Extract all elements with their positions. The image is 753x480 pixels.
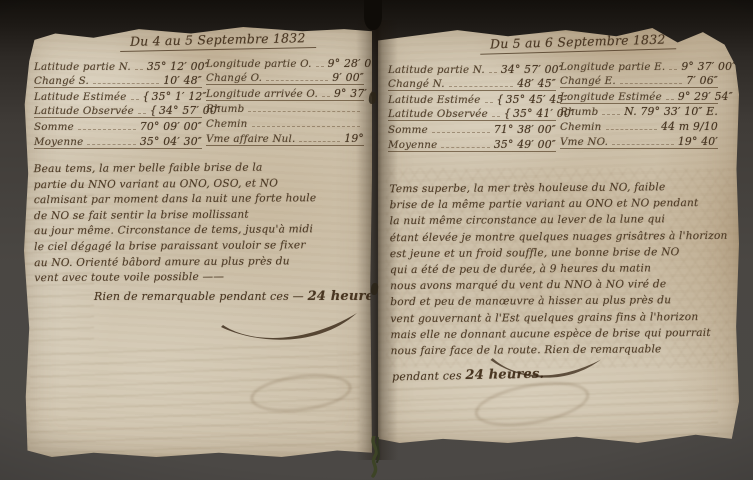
dash-leader <box>252 126 361 127</box>
dash-leader <box>602 114 620 115</box>
row-value: 34° 57′ 00″ <box>501 63 563 76</box>
binding-stitch <box>368 92 377 105</box>
row-value: 19° <box>344 132 364 145</box>
row-label: Somme <box>34 121 74 133</box>
table-row: Moyenne35° 04′ 30″ <box>34 133 202 149</box>
dash-leader <box>612 144 674 145</box>
row-value: 35° 12′ 00″ <box>147 60 209 73</box>
binding-thread <box>358 436 394 480</box>
table-row: Longitude Estimée9° 29′ 54″ <box>560 88 718 104</box>
left-page-closing-line: Rien de remarquable pendant ces — 24 heu… <box>94 289 382 304</box>
dash-leader <box>266 80 328 81</box>
row-value: 70° 09′ 00″ <box>140 120 202 133</box>
row-value: 9° 28′ 00″ <box>328 57 383 70</box>
dash-leader <box>316 66 324 67</box>
table-row: Longitude partie E.9° 37′ 00″ <box>560 58 718 73</box>
right-page-closing-line: pendant ces 24 heures. <box>392 367 544 385</box>
right-page-date-heading: Du 5 au 6 Septembre 1832 <box>480 31 676 54</box>
row-value: 10′ 48″ <box>163 74 202 87</box>
row-label: Moyenne <box>34 136 83 148</box>
row-label: Longitude arrivée O. <box>206 88 318 100</box>
table-row: Latitude Estimée35° 1′ 12″ <box>34 88 202 103</box>
dash-leader <box>322 96 330 97</box>
dash-leader <box>620 83 682 84</box>
table-row: Changé S.10′ 48″ <box>34 73 202 89</box>
row-label: Vme NO. <box>560 136 608 148</box>
row-label: Moyenne <box>388 139 437 151</box>
row-label: Changé N. <box>388 78 445 90</box>
dash-leader <box>248 111 360 112</box>
dash-leader <box>606 129 658 130</box>
table-row: Changé O.9′ 00″ <box>206 70 364 86</box>
table-row: Somme71° 38′ 00″ <box>388 121 556 136</box>
row-value: N. 79° 33′ 10″ E. <box>624 105 718 118</box>
row-label: Latitude Observée <box>388 108 488 120</box>
table-row: Latitude partie N.34° 57′ 00″ <box>388 61 556 76</box>
row-label: Longitude Estimée <box>560 91 662 103</box>
row-value: 7′ 06″ <box>686 74 718 87</box>
table-row: Vme affaire Nul.19° <box>206 130 364 146</box>
row-label: Chemin <box>560 121 602 133</box>
dash-leader <box>449 86 514 87</box>
dash-leader <box>432 132 490 133</box>
left-page-content: Du 4 au 5 Septembre 1832 Latitude partie… <box>24 27 372 457</box>
left-page-log-entry: Beau tems, la mer belle faible brise de … <box>34 160 365 287</box>
row-value: 9° 29′ 54″ <box>678 90 733 103</box>
row-value: 48′ 45″ <box>517 77 556 90</box>
dash-leader <box>135 69 143 70</box>
table-row: Moyenne35° 49′ 00″ <box>388 136 556 152</box>
bleedthrough-texture <box>30 345 360 453</box>
row-value: 35° 45′ 45″ <box>497 93 568 106</box>
row-label: Vme affaire Nul. <box>206 133 295 145</box>
row-label: Rhumb <box>560 106 598 118</box>
row-label: Rhumb <box>206 103 244 115</box>
scanned-manuscript: Du 4 au 5 Septembre 1832 Latitude partie… <box>0 0 753 480</box>
table-row: Rhumb <box>206 101 364 116</box>
table-row: Latitude partie N.35° 12′ 00″ <box>34 58 202 73</box>
dash-leader <box>441 147 489 148</box>
row-label: Latitude partie N. <box>34 61 131 73</box>
row-label: Chemin <box>206 118 248 130</box>
row-label: Longitude partie E. <box>560 61 665 73</box>
row-value: 44 m 9/10 <box>661 120 718 133</box>
row-value: 9° 37′ 00″ <box>681 60 736 73</box>
binding-stitch <box>370 283 379 296</box>
table-row: Longitude partie O.9° 28′ 00″ <box>206 55 364 70</box>
table-row: Latitude Estimée35° 45′ 45″ <box>388 91 556 106</box>
dash-leader <box>299 141 340 142</box>
closing-hours: 24 heures. <box>465 367 544 383</box>
bleedthrough-texture <box>388 380 718 438</box>
table-row: Somme70° 09′ 00″ <box>34 118 202 133</box>
row-label: Longitude partie O. <box>206 58 312 70</box>
row-value: 19° 40′ <box>678 135 718 148</box>
table-row: Latitude Observée35° 41′ 00″ <box>388 106 556 122</box>
dash-leader <box>87 144 135 145</box>
row-label: Latitude Estimée <box>388 94 481 106</box>
dash-leader <box>489 72 497 73</box>
dash-leader <box>93 83 159 84</box>
row-value: 35° 04′ 30″ <box>140 135 202 148</box>
row-label: Changé S. <box>34 75 89 87</box>
left-page-latitude-table: Latitude partie N.35° 12′ 00″ Changé S.1… <box>34 58 202 149</box>
right-page-log-entry: Tems superbe, la mer très houleuse du NO… <box>389 179 730 360</box>
right-page-longitude-table: Longitude partie E.9° 37′ 00″ Changé E.7… <box>560 58 718 149</box>
dash-leader <box>78 129 136 130</box>
dash-leader <box>138 113 146 114</box>
row-label: Changé O. <box>206 72 262 84</box>
dash-leader <box>669 69 677 70</box>
binding-knot <box>364 0 382 30</box>
table-row: Changé N.48′ 45″ <box>388 76 556 92</box>
table-row: Latitude Observée34° 57′ 00″ <box>34 103 202 119</box>
closing-text: pendant ces <box>392 369 462 383</box>
dash-leader <box>131 99 139 100</box>
left-page: Du 4 au 5 Septembre 1832 Latitude partie… <box>24 27 372 457</box>
row-value: 9′ 00″ <box>332 71 364 84</box>
row-label: Latitude Estimée <box>34 91 127 103</box>
row-label: Somme <box>388 124 428 136</box>
table-row: Chemin <box>206 115 364 130</box>
table-row: Longitude arrivée O.9° 37′ 00″ <box>206 85 364 101</box>
dash-leader <box>492 116 500 117</box>
row-label: Latitude partie N. <box>388 64 485 76</box>
row-value: 71° 38′ 00″ <box>494 123 556 136</box>
right-page-latitude-table: Latitude partie N.34° 57′ 00″ Changé N.4… <box>388 61 556 152</box>
table-row: Chemin44 m 9/10 <box>560 118 718 133</box>
left-page-date-heading: Du 4 au 5 Septembre 1832 <box>120 30 316 52</box>
right-page-content: Du 5 au 6 Septembre 1832 Latitude partie… <box>378 28 739 443</box>
table-row: Changé E.7′ 06″ <box>560 73 718 89</box>
ink-ghost-oval <box>471 374 592 434</box>
row-label: Changé E. <box>560 75 616 87</box>
dash-leader <box>666 99 674 100</box>
pen-flourish <box>219 303 369 351</box>
ink-ghost-oval <box>248 369 354 417</box>
closing-text: Rien de remarquable pendant ces — <box>94 290 304 303</box>
table-row: RhumbN. 79° 33′ 10″ E. <box>560 104 718 119</box>
table-row: Vme NO.19° 40′ <box>560 133 718 149</box>
row-value: 35° 49′ 00″ <box>494 138 556 151</box>
dash-leader <box>485 102 493 103</box>
row-value: 35° 1′ 12″ <box>143 90 207 103</box>
right-page: Du 5 au 6 Septembre 1832 Latitude partie… <box>378 28 739 443</box>
row-label: Latitude Observée <box>34 105 134 117</box>
left-page-longitude-table: Longitude partie O.9° 28′ 00″ Changé O.9… <box>206 55 364 146</box>
